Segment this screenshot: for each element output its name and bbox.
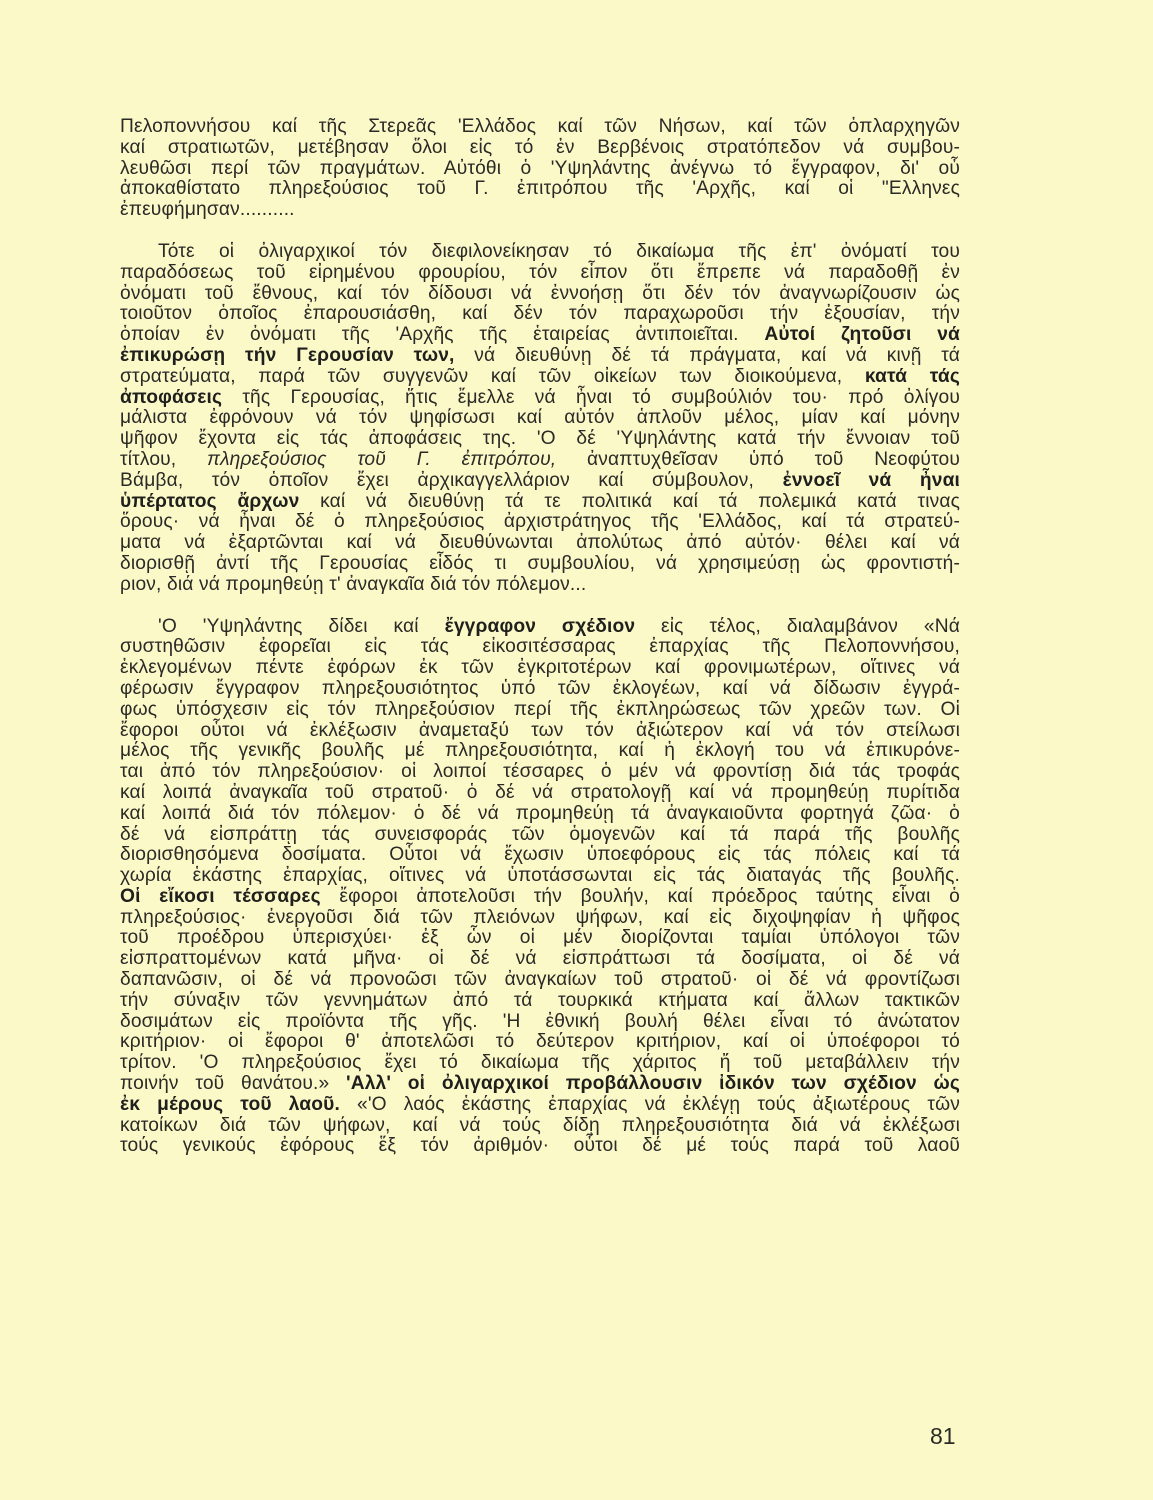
text-run: μέλος τῆς γενικῆς βουλῆς μέ πληρεξουσιότ… (120, 740, 960, 761)
text-run: διορισθησόμενα δοσίματα. Οὗτοι νά ἔχωσιν… (120, 844, 960, 865)
text-run: εἰσπραττομένων κατά μῆνα· οἱ δέ νά εἰσπρ… (120, 948, 960, 969)
text-line: καί λοιπά ἀναγκαῖα τοῦ στρατοῦ· ὁ δέ νά … (120, 783, 960, 804)
text-line: συστηθῶσιν ἐφορεῖαι εἰς τάς εἰκοσιτέσσαρ… (120, 637, 960, 658)
text-run: ται ἀπό τόν πληρεξούσιον· οἱ λοιποί τέσσ… (120, 761, 960, 782)
bold-emphasis: ὑπέρτατος ἄρχων (120, 491, 299, 512)
text-line: τοιοῦτον ὁποῖος ἐπαρουσιάσθη, καί δέν τό… (120, 304, 960, 325)
text-line: τοῦ προέδρου ὑπερισχύει· ἐξ ὧν οἱ μέν δι… (120, 928, 960, 949)
text-run: ποινήν τοῦ θανάτου.» (120, 1073, 346, 1094)
text-line: τούς γενικούς ἐφόρους ἕξ τόν ἀριθμόν· οὗ… (120, 1136, 960, 1157)
text-line: ὅρους· νά ἦναι δέ ὁ πληρεξούσιος ἀρχιστρ… (120, 512, 960, 533)
bold-emphasis: ἐκ μέρους τοῦ λαοῦ. (120, 1094, 340, 1115)
text-line: λευθῶσι περί τῶν πραγμάτων. Αὐτόθι ὁ 'Υψ… (120, 159, 960, 180)
page-body: Πελοποννήσου καί τῆς Στερεᾶς 'Ελλάδος κα… (120, 117, 960, 1157)
text-run: τίτλου, (120, 449, 207, 470)
text-line: μέλος τῆς γενικῆς βουλῆς μέ πληρεξουσιότ… (120, 741, 960, 762)
text-line: ὀνόματι τοῦ ἔθνους, καί τόν δίδουσι νά ἐ… (120, 284, 960, 305)
text-line: διορισθησόμενα δοσίματα. Οὗτοι νά ἔχωσιν… (120, 845, 960, 866)
text-run: ἀναπτυχθεῖσαν ὑπό τοῦ Νεοφύτου (556, 449, 960, 470)
text-run: μάλιστα ἐφρόνουν νά τόν ψηφίσωσι καί αὐτ… (120, 407, 960, 428)
text-run: κριτήριον· οἱ ἔφοροι θ' ἀποτελῶσι τό δεύ… (120, 1031, 960, 1052)
paragraph-spacer (120, 596, 960, 617)
text-run: τούς γενικούς ἐφόρους ἕξ τόν ἀριθμόν· οὗ… (120, 1135, 960, 1156)
text-run: καί στρατιωτῶν, μετέβησαν ὅλοι εἰς τό ἐν… (120, 137, 960, 158)
text-run: «'Ο λαός ἑκάστης ἐπαρχίας νά ἐκλέγῃ τούς… (340, 1094, 960, 1115)
text-run: ἐπευφήμησαν.......... (120, 199, 295, 220)
bold-emphasis: Αὐτοί ζητοῦσι νά (764, 324, 960, 345)
text-run: τοῦ προέδρου ὑπερισχύει· ἐξ ὧν οἱ μέν δι… (120, 927, 960, 948)
page-number: 81 (930, 1423, 956, 1450)
paragraph: Τότε οἱ ὀλιγαρχικοί τόν διεφιλονείκησαν … (120, 242, 960, 596)
text-run: φως ὑπόσχεσιν εἰς τόν πληρεξούσιον περί … (120, 699, 960, 720)
text-line: ψῆφον ἔχοντα εἰς τάς ἀποφάσεις της. 'Ο δ… (120, 429, 960, 450)
text-run: καί νά διευθύνῃ τά τε πολιτικά καί τά πο… (299, 491, 960, 512)
text-line: πληρεξούσιος· ἐνεργοῦσι διά τῶν πλειόνων… (120, 908, 960, 929)
text-line: φέρωσιν ἔγγραφον πληρεξουσιότητος ὑπό τῶ… (120, 679, 960, 700)
text-line: δοσιμάτων εἰς προϊόντα τῆς γῆς. 'Η ἐθνικ… (120, 1012, 960, 1033)
text-run: Τότε οἱ ὀλιγαρχικοί τόν διεφιλονείκησαν … (158, 241, 960, 262)
text-line: ἐκλεγομένων πέντε ἐφόρων ἐκ τῶν ἐγκριτοτ… (120, 658, 960, 679)
text-line: ἐκ μέρους τοῦ λαοῦ. «'Ο λαός ἑκάστης ἐπα… (120, 1095, 960, 1116)
bold-emphasis: ἀποφάσεις (120, 387, 222, 408)
text-line: τρίτον. 'Ο πληρεξούσιος ἔχει τό δικαίωμα… (120, 1053, 960, 1074)
text-line: ποινήν τοῦ θανάτου.» 'Αλλ' οἱ ὀλιγαρχικο… (120, 1074, 960, 1095)
text-run: 'Ο 'Υψηλάντης δίδει καί (158, 616, 445, 637)
text-run: ὀνόματι τοῦ ἔθνους, καί τόν δίδουσι νά ἐ… (120, 283, 960, 304)
text-line: κατοίκων διά τῶν ψήφων, καί νά τούς δίδῃ… (120, 1116, 960, 1137)
text-line: ἐπευφήμησαν.......... (120, 200, 960, 221)
text-line: στρατεύματα, παρά τῶν συγγενῶν καί τῶν ο… (120, 367, 960, 388)
paragraph: 'Ο 'Υψηλάντης δίδει καί ἔγγραφον σχέδιον… (120, 617, 960, 1158)
text-line: 'Ο 'Υψηλάντης δίδει καί ἔγγραφον σχέδιον… (120, 617, 960, 638)
bold-emphasis: ἔγγραφον σχέδιον (445, 616, 636, 637)
italic-emphasis: πληρεξούσιος τοῦ Γ. ἐπιτρόπου, (207, 449, 556, 470)
paragraph: Πελοποννήσου καί τῆς Στερεᾶς 'Ελλάδος κα… (120, 117, 960, 221)
text-run: ἔφοροι οὗτοι νά ἐκλέξωσιν ἀναμεταξύ των … (120, 720, 960, 741)
text-run: τήν σύναξιν τῶν γεννημάτων ἀπό τά τουρκι… (120, 990, 960, 1011)
text-line: ματα νά ἐξαρτῶνται καί νά διευθύνωνται ἀ… (120, 533, 960, 554)
text-run: δοσιμάτων εἰς προϊόντα τῆς γῆς. 'Η ἐθνικ… (120, 1011, 960, 1032)
text-run: Πελοποννήσου καί τῆς Στερεᾶς 'Ελλάδος κα… (120, 116, 960, 137)
text-run: δαπανῶσιν, οἱ δέ νά προνοῶσι τῶν ἀναγκαί… (120, 969, 960, 990)
text-line: Οἱ εἴκοσι τέσσαρες ἔφοροι ἀποτελοῦσι τήν… (120, 887, 960, 908)
text-run: λευθῶσι περί τῶν πραγμάτων. Αὐτόθι ὁ 'Υψ… (120, 158, 960, 179)
text-line: ὁποίαν ἐν ὀνόματι τῆς 'Αρχῆς τῆς ἑταιρεί… (120, 325, 960, 346)
text-run: τῆς Γερουσίας, ἥτις ἔμελλε νά ἦναι τό συ… (222, 387, 960, 408)
paragraph-spacer (120, 221, 960, 242)
text-line: ριον, διά νά προμηθεύῃ τ' ἀναγκαῖα διά τ… (120, 575, 960, 596)
text-line: δαπανῶσιν, οἱ δέ νά προνοῶσι τῶν ἀναγκαί… (120, 970, 960, 991)
text-line: ἔφοροι οὗτοι νά ἐκλέξωσιν ἀναμεταξύ των … (120, 721, 960, 742)
text-run: κατοίκων διά τῶν ψήφων, καί νά τούς δίδῃ… (120, 1115, 960, 1136)
text-line: τίτλου, πληρεξούσιος τοῦ Γ. ἐπιτρόπου, ἀ… (120, 450, 960, 471)
text-run: ματα νά ἐξαρτῶνται καί νά διευθύνωνται ἀ… (120, 532, 960, 553)
text-run: χωρία ἑκάστης ἐπαρχίας, οἵτινες νά ὑποτά… (120, 865, 960, 886)
text-run: νά διευθύνῃ δέ τά πράγματα, καί νά κινῇ … (455, 345, 960, 366)
text-run: ἀποκαθίστατο πληρεξούσιος τοῦ Γ. ἐπιτρόπ… (120, 178, 960, 199)
text-run: τρίτον. 'Ο πληρεξούσιος ἔχει τό δικαίωμα… (120, 1052, 960, 1073)
text-line: μάλιστα ἐφρόνουν νά τόν ψηφίσωσι καί αὐτ… (120, 408, 960, 429)
text-run: ἐκλεγομένων πέντε ἐφόρων ἐκ τῶν ἐγκριτοτ… (120, 657, 960, 678)
text-run: ἔφοροι ἀποτελοῦσι τήν βουλήν, καί πρόεδρ… (321, 886, 960, 907)
text-run: συστηθῶσιν ἐφορεῖαι εἰς τάς εἰκοσιτέσσαρ… (120, 636, 960, 657)
bold-emphasis: ἐπικυρώσῃ τήν Γερουσίαν των, (120, 345, 455, 366)
text-line: κριτήριον· οἱ ἔφοροι θ' ἀποτελῶσι τό δεύ… (120, 1032, 960, 1053)
text-line: Βάμβα, τόν ὁποῖον ἔχει ἀρχικαγγελλάριον … (120, 471, 960, 492)
text-run: καί λοιπά ἀναγκαῖα τοῦ στρατοῦ· ὁ δέ νά … (120, 782, 960, 803)
text-run: δέ νά εἰσπράττῃ τάς συνεισφοράς τῶν ὁμογ… (120, 824, 960, 845)
text-run: ριον, διά νά προμηθεύῃ τ' ἀναγκαῖα διά τ… (120, 574, 586, 595)
text-line: Τότε οἱ ὀλιγαρχικοί τόν διεφιλονείκησαν … (120, 242, 960, 263)
bold-emphasis: κατά τάς (865, 366, 960, 387)
text-run: εἰς τέλος, διαλαμβάνον «Νά (635, 616, 960, 637)
bold-emphasis: Οἱ εἴκοσι τέσσαρες (120, 886, 321, 907)
text-line: ται ἀπό τόν πληρεξούσιον· οἱ λοιποί τέσσ… (120, 762, 960, 783)
text-line: φως ὑπόσχεσιν εἰς τόν πληρεξούσιον περί … (120, 700, 960, 721)
text-run: τοιοῦτον ὁποῖος ἐπαρουσιάσθη, καί δέν τό… (120, 303, 960, 324)
text-line: χωρία ἑκάστης ἐπαρχίας, οἵτινες νά ὑποτά… (120, 866, 960, 887)
text-run: παραδόσεως τοῦ εἰρημένου φρουρίου, τόν ε… (120, 262, 960, 283)
text-run: φέρωσιν ἔγγραφον πληρεξουσιότητος ὑπό τῶ… (120, 678, 960, 699)
text-run: ὅρους· νά ἦναι δέ ὁ πληρεξούσιος ἀρχιστρ… (120, 511, 960, 532)
text-line: διορισθῇ ἀντί τῆς Γερουσίας εἶδός τι συμ… (120, 554, 960, 575)
text-run: καί λοιπά διά τόν πόλεμον· ὁ δέ νά προμη… (120, 803, 960, 824)
text-line: παραδόσεως τοῦ εἰρημένου φρουρίου, τόν ε… (120, 263, 960, 284)
text-line: δέ νά εἰσπράττῃ τάς συνεισφοράς τῶν ὁμογ… (120, 825, 960, 846)
text-line: καί λοιπά διά τόν πόλεμον· ὁ δέ νά προμη… (120, 804, 960, 825)
text-line: ὑπέρτατος ἄρχων καί νά διευθύνῃ τά τε πο… (120, 492, 960, 513)
text-line: εἰσπραττομένων κατά μῆνα· οἱ δέ νά εἰσπρ… (120, 949, 960, 970)
text-run: ὁποίαν ἐν ὀνόματι τῆς 'Αρχῆς τῆς ἑταιρεί… (120, 324, 764, 345)
text-line: τήν σύναξιν τῶν γεννημάτων ἀπό τά τουρκι… (120, 991, 960, 1012)
text-run: διορισθῇ ἀντί τῆς Γερουσίας εἶδός τι συμ… (120, 553, 960, 574)
text-line: καί στρατιωτῶν, μετέβησαν ὅλοι εἰς τό ἐν… (120, 138, 960, 159)
text-run: στρατεύματα, παρά τῶν συγγενῶν καί τῶν ο… (120, 366, 865, 387)
text-line: ἀποφάσεις τῆς Γερουσίας, ἥτις ἔμελλε νά … (120, 388, 960, 409)
text-line: ἐπικυρώσῃ τήν Γερουσίαν των, νά διευθύνῃ… (120, 346, 960, 367)
text-line: Πελοποννήσου καί τῆς Στερεᾶς 'Ελλάδος κα… (120, 117, 960, 138)
text-run: Βάμβα, τόν ὁποῖον ἔχει ἀρχικαγγελλάριον … (120, 470, 783, 491)
bold-emphasis: ἐννοεῖ νά ἦναι (783, 470, 960, 491)
text-run: πληρεξούσιος· ἐνεργοῦσι διά τῶν πλειόνων… (120, 907, 960, 928)
text-run: ψῆφον ἔχοντα εἰς τάς ἀποφάσεις της. 'Ο δ… (120, 428, 960, 449)
bold-emphasis: 'Αλλ' οἱ ὀλιγαρχικοί προβάλλουσιν ἰδικόν… (346, 1073, 960, 1094)
text-line: ἀποκαθίστατο πληρεξούσιος τοῦ Γ. ἐπιτρόπ… (120, 179, 960, 200)
